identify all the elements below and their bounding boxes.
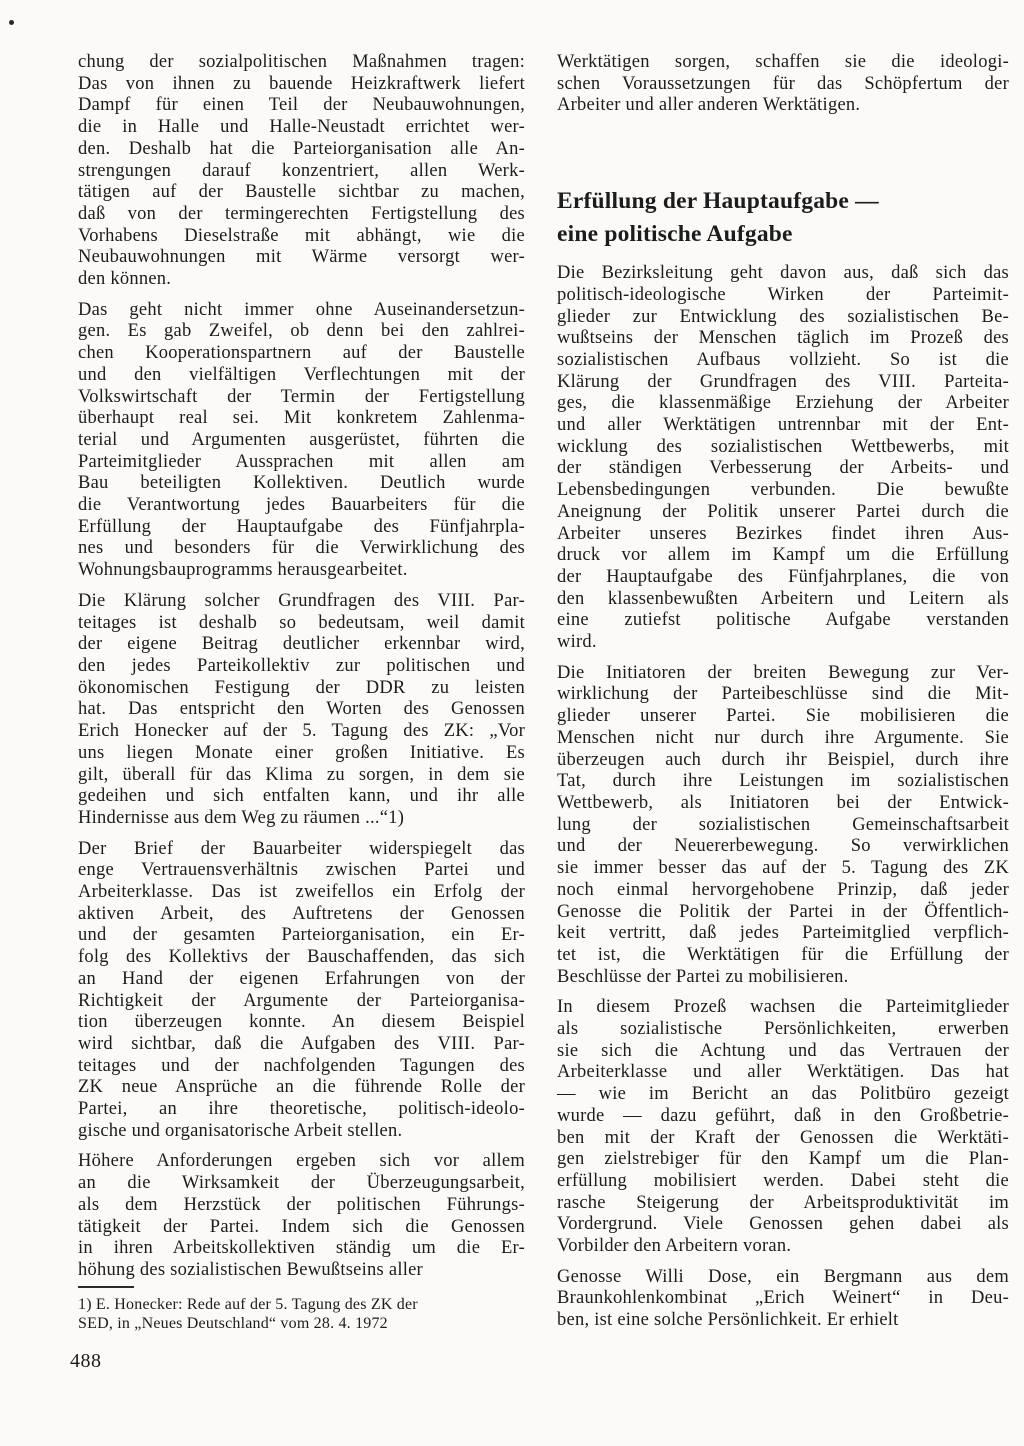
text-line: den jedes Parteikollektiv zur politische… — [78, 656, 525, 678]
text-line: wird. — [557, 632, 1009, 654]
left-column-paragraphs: chung der sozialpolitischen Maßnahmen tr… — [78, 52, 525, 1282]
text-line: Vordergrund. Viele Genossen gehen dabei … — [557, 1214, 1009, 1236]
text-line: Arbeiterklasse. Das ist zweifellos ein E… — [78, 882, 525, 904]
text-line: Die Klärung solcher Grundfragen des VIII… — [78, 591, 525, 613]
text-line: Aneignung der Politik unserer Partei dur… — [557, 502, 1009, 524]
text-line: ben, ist eine solche Persönlichkeit. Er … — [557, 1310, 1009, 1332]
text-line: SED, in „Neues Deutschland“ vom 28. 4. 1… — [78, 1314, 525, 1334]
text-line: den klassenbewußten Arbeitern und Leiter… — [557, 589, 1009, 611]
footnote-lines: 1) E. Honecker: Rede auf der 5. Tagung d… — [78, 1295, 525, 1334]
magazine-page: chung der sozialpolitischen Maßnahmen tr… — [0, 0, 1024, 1446]
text-line: Erich Honecker auf der 5. Tagung des ZK:… — [78, 721, 525, 743]
text-line: Vorhabens Dieselstraße mit abhängt, wie … — [78, 226, 525, 248]
right-column-paragraphs: Die Bezirksleitung geht davon aus, daß s… — [557, 263, 1009, 1332]
page-number: 488 — [70, 1350, 525, 1373]
text-line: Bau beteiligten Kollektiven. Deutlich wu… — [78, 473, 525, 495]
footnote: 1) E. Honecker: Rede auf der 5. Tagung d… — [78, 1286, 525, 1334]
paragraph: Die Bezirksleitung geht davon aus, daß s… — [557, 263, 1009, 654]
text-line: die Verantwortung jedes Bauarbeiters für… — [78, 495, 525, 517]
text-line: gilt, überall für das Klima zu sorgen, i… — [78, 765, 525, 787]
text-line: daß von der termingerechten Fertigstellu… — [78, 204, 525, 226]
paragraph: Das geht nicht immer ohne Auseinanderset… — [78, 300, 525, 582]
text-line: wußtseins der Menschen täglich im Prozeß… — [557, 328, 1009, 350]
text-line: und aller Werktätigen untrennbar mit der… — [557, 415, 1009, 437]
text-line: politisch-ideologische Wirken der Partei… — [557, 285, 1009, 307]
text-line: Die Bezirksleitung geht davon aus, daß s… — [557, 263, 1009, 285]
text-line: strengungen darauf konzentriert, allen W… — [78, 161, 525, 183]
text-line: hat. Das entspricht den Worten des Genos… — [78, 699, 525, 721]
paragraph: Genosse Willi Dose, ein Bergmann aus dem… — [557, 1267, 1009, 1332]
text-line: aktiven Arbeit, des Auftretens der Genos… — [78, 904, 525, 926]
text-line: glieder unserer Partei. Sie mobilisieren… — [557, 706, 1009, 728]
text-line: noch einmal hervorgehobene Prinzip, daß … — [557, 880, 1009, 902]
text-line: Das von ihnen zu bauende Heizkraftwerk l… — [78, 74, 525, 96]
text-line: Hindernisse aus dem Weg zu räumen ...“1) — [78, 808, 525, 830]
text-line: Tat, durch ihre Leistungen im sozialisti… — [557, 771, 1009, 793]
text-line: in ihren Arbeitskollektiven ständig um d… — [78, 1238, 525, 1260]
text-line: erfüllung mobilisiert werden. Dabei steh… — [557, 1171, 1009, 1193]
text-line: chen Kooperationspartnern auf der Bauste… — [78, 343, 525, 365]
text-line: nes und besonders für die Verwirklichung… — [78, 538, 525, 560]
text-line: als sozialistische Persönlichkeiten, erw… — [557, 1019, 1009, 1041]
text-line: Höhere Anforderungen ergeben sich vor al… — [78, 1151, 525, 1173]
text-line: Volkswirtschaft der Termin der Fertigste… — [78, 387, 525, 409]
text-line: der eigene Beitrag deutlicher erkennbar … — [78, 634, 525, 656]
text-line: als dem Herzstück der politischen Führun… — [78, 1195, 525, 1217]
paragraph: chung der sozialpolitischen Maßnahmen tr… — [78, 52, 525, 291]
text-line: den. Deshalb hat die Parteiorganisation … — [78, 139, 525, 161]
text-line: Braunkohlenkombinat „Erich Weinert“ in D… — [557, 1288, 1009, 1310]
text-line: lung der sozialistischen Gemeinschaftsar… — [557, 815, 1009, 837]
text-line: Parteimitglieder Aussprachen mit allen a… — [78, 452, 525, 474]
text-line: terial und Argumenten ausgerüstet, führt… — [78, 430, 525, 452]
text-line: überzeugen auch durch ihr Beispiel, durc… — [557, 750, 1009, 772]
text-line: die in Halle und Halle-Neustadt errichte… — [78, 117, 525, 139]
text-line: glieder zur Entwicklung des sozialistisc… — [557, 307, 1009, 329]
text-line: den können. — [78, 269, 525, 291]
ink-speck — [9, 20, 14, 25]
text-line: Genosse die Politik der Partei in der Öf… — [557, 902, 1009, 924]
text-line: ben mit der Kraft der Genossen die Werkt… — [557, 1128, 1009, 1150]
text-line: Dampf für einen Teil der Neubauwohnungen… — [78, 95, 525, 117]
text-line: Lebensbedingungen verbunden. Die bewußte — [557, 480, 1009, 502]
text-line: tätigen auf der Baustelle sichtbar zu ma… — [78, 182, 525, 204]
text-line: teitages ist deshalb so bedeutsam, weil … — [78, 613, 525, 635]
text-line: wird sichtbar, daß die Aufgaben des VIII… — [78, 1034, 525, 1056]
text-line: uns liegen Monate einer großen Initiativ… — [78, 743, 525, 765]
text-line: Wettbewerb, als Initiatoren bei der Entw… — [557, 793, 1009, 815]
text-line: schen Voraussetzungen für das Schöpfertu… — [557, 74, 1009, 96]
text-line: Genosse Willi Dose, ein Bergmann aus dem — [557, 1267, 1009, 1289]
text-line: sozialistischen Aufbaus vollzieht. So is… — [557, 350, 1009, 372]
section-heading: Erfüllung der Hauptaufgabe —eine politis… — [557, 185, 1009, 251]
text-line: Menschen nicht nur durch ihre Argumente.… — [557, 728, 1009, 750]
text-line: gedeihen und sich entfalten kann, und ih… — [78, 786, 525, 808]
text-line: Das geht nicht immer ohne Auseinanderset… — [78, 300, 525, 322]
text-line: In diesem Prozeß wachsen die Parteimitgl… — [557, 997, 1009, 1019]
text-line: Arbeiterklasse und aller Werktätigen. Da… — [557, 1062, 1009, 1084]
text-line: gische und organisatorische Arbeit stell… — [78, 1121, 525, 1143]
text-line: Richtigkeit der Argumente der Parteiorga… — [78, 991, 525, 1013]
heading-line: eine politische Aufgabe — [557, 218, 1009, 251]
text-line: Die Initiatoren der breiten Bewegung zur… — [557, 663, 1009, 685]
text-line: Klärung der Grundfragen des VIII. Partei… — [557, 372, 1009, 394]
text-line: und der gesamten Parteiorganisation, ein… — [78, 925, 525, 947]
text-line: wurde — dazu geführt, daß in den Großbet… — [557, 1106, 1009, 1128]
paragraph: Höhere Anforderungen ergeben sich vor al… — [78, 1151, 525, 1281]
paragraph: Die Klärung solcher Grundfragen des VIII… — [78, 591, 525, 830]
text-line: gen. Es gab Zweifel, ob denn bei den zah… — [78, 321, 525, 343]
text-line: 1) E. Honecker: Rede auf der 5. Tagung d… — [78, 1295, 525, 1315]
text-line: — wie im Bericht an das Politbüro gezeig… — [557, 1084, 1009, 1106]
text-line: keit vertritt, daß jedes Parteimitglied … — [557, 923, 1009, 945]
text-line: und den vielfältigen Verflechtungen mit … — [78, 365, 525, 387]
text-line: Erfüllung der Hauptaufgabe des Fünfjahrp… — [78, 517, 525, 539]
paragraph: Werktätigen sorgen, schaffen sie die ide… — [557, 52, 1009, 117]
paragraph: Die Initiatoren der breiten Bewegung zur… — [557, 663, 1009, 989]
text-line: überhaupt real sei. Mit konkretem Zahlen… — [78, 408, 525, 430]
right-column: Werktätigen sorgen, schaffen sie die ide… — [557, 52, 1009, 1332]
text-line: Arbeiter unseres Bezirkes findet ihren A… — [557, 524, 1009, 546]
text-line: Werktätigen sorgen, schaffen sie die ide… — [557, 52, 1009, 74]
paragraph: In diesem Prozeß wachsen die Parteimitgl… — [557, 997, 1009, 1257]
text-line: enge Vertrauensverhältnis zwischen Parte… — [78, 860, 525, 882]
text-line: tätigkeit der Partei. Indem sich die Gen… — [78, 1217, 525, 1239]
text-line: tion überzeugen konnte. An diesem Beispi… — [78, 1012, 525, 1034]
text-line: Beschlüsse der Partei zu mobilisieren. — [557, 967, 1009, 989]
text-line: Arbeiter und aller anderen Werktätigen. — [557, 95, 1009, 117]
text-line: und der Neuererbewegung. So verwirkliche… — [557, 836, 1009, 858]
text-line: an die Wirksamkeit der Überzeugungsarbei… — [78, 1173, 525, 1195]
text-line: der ständigen Verbesserung der Arbeits- … — [557, 458, 1009, 480]
heading-line: Erfüllung der Hauptaufgabe — — [557, 185, 1009, 218]
text-line: wicklung des sozialistischen Wettbewerbs… — [557, 437, 1009, 459]
text-line: sie sich die Achtung und das Vertrauen d… — [557, 1041, 1009, 1063]
text-line: ZK neue Ansprüche an die führende Rolle … — [78, 1077, 525, 1099]
text-line: folg des Kollektivs der Bauschaffenden, … — [78, 947, 525, 969]
text-line: Der Brief der Bauarbeiter widerspiegelt … — [78, 839, 525, 861]
footnote-rule — [78, 1286, 134, 1288]
text-line: teitages und der nachfolgenden Tagungen … — [78, 1056, 525, 1078]
text-line: Wohnungsbauprogramms herausgearbeitet. — [78, 560, 525, 582]
text-line: druck vor allem im Kampf um die Erfüllun… — [557, 545, 1009, 567]
text-line: eine zutiefst politische Aufgabe verstan… — [557, 610, 1009, 632]
text-line: Partei, an ihre theoretische, politisch-… — [78, 1099, 525, 1121]
left-column: chung der sozialpolitischen Maßnahmen tr… — [78, 52, 525, 1373]
text-line: Vorbilder den Arbeitern voran. — [557, 1236, 1009, 1258]
text-line: Neubauwohnungen mit Wärme versorgt wer- — [78, 247, 525, 269]
text-line: chung der sozialpolitischen Maßnahmen tr… — [78, 52, 525, 74]
text-line: an Hand der eigenen Erfahrungen von der — [78, 969, 525, 991]
right-column-top-paragraphs: Werktätigen sorgen, schaffen sie die ide… — [557, 52, 1009, 117]
text-line: gen zielstrebiger für den Kampf um die P… — [557, 1149, 1009, 1171]
text-line: ges, die klassenmäßige Erziehung der Arb… — [557, 393, 1009, 415]
text-line: der Hauptaufgabe des Fünfjahrplanes, die… — [557, 567, 1009, 589]
text-line: höhung des sozialistischen Bewußtseins a… — [78, 1260, 525, 1282]
text-line: tet ist, die Werktätigen für die Erfüllu… — [557, 945, 1009, 967]
paragraph: Der Brief der Bauarbeiter widerspiegelt … — [78, 839, 525, 1143]
text-line: wirklichung der Parteibeschlüsse sind di… — [557, 684, 1009, 706]
text-line: sie immer besser das auf der 5. Tagung d… — [557, 858, 1009, 880]
text-line: rasche Steigerung der Arbeitsproduktivit… — [557, 1193, 1009, 1215]
text-line: ökonomischen Festigung der DDR zu leiste… — [78, 678, 525, 700]
